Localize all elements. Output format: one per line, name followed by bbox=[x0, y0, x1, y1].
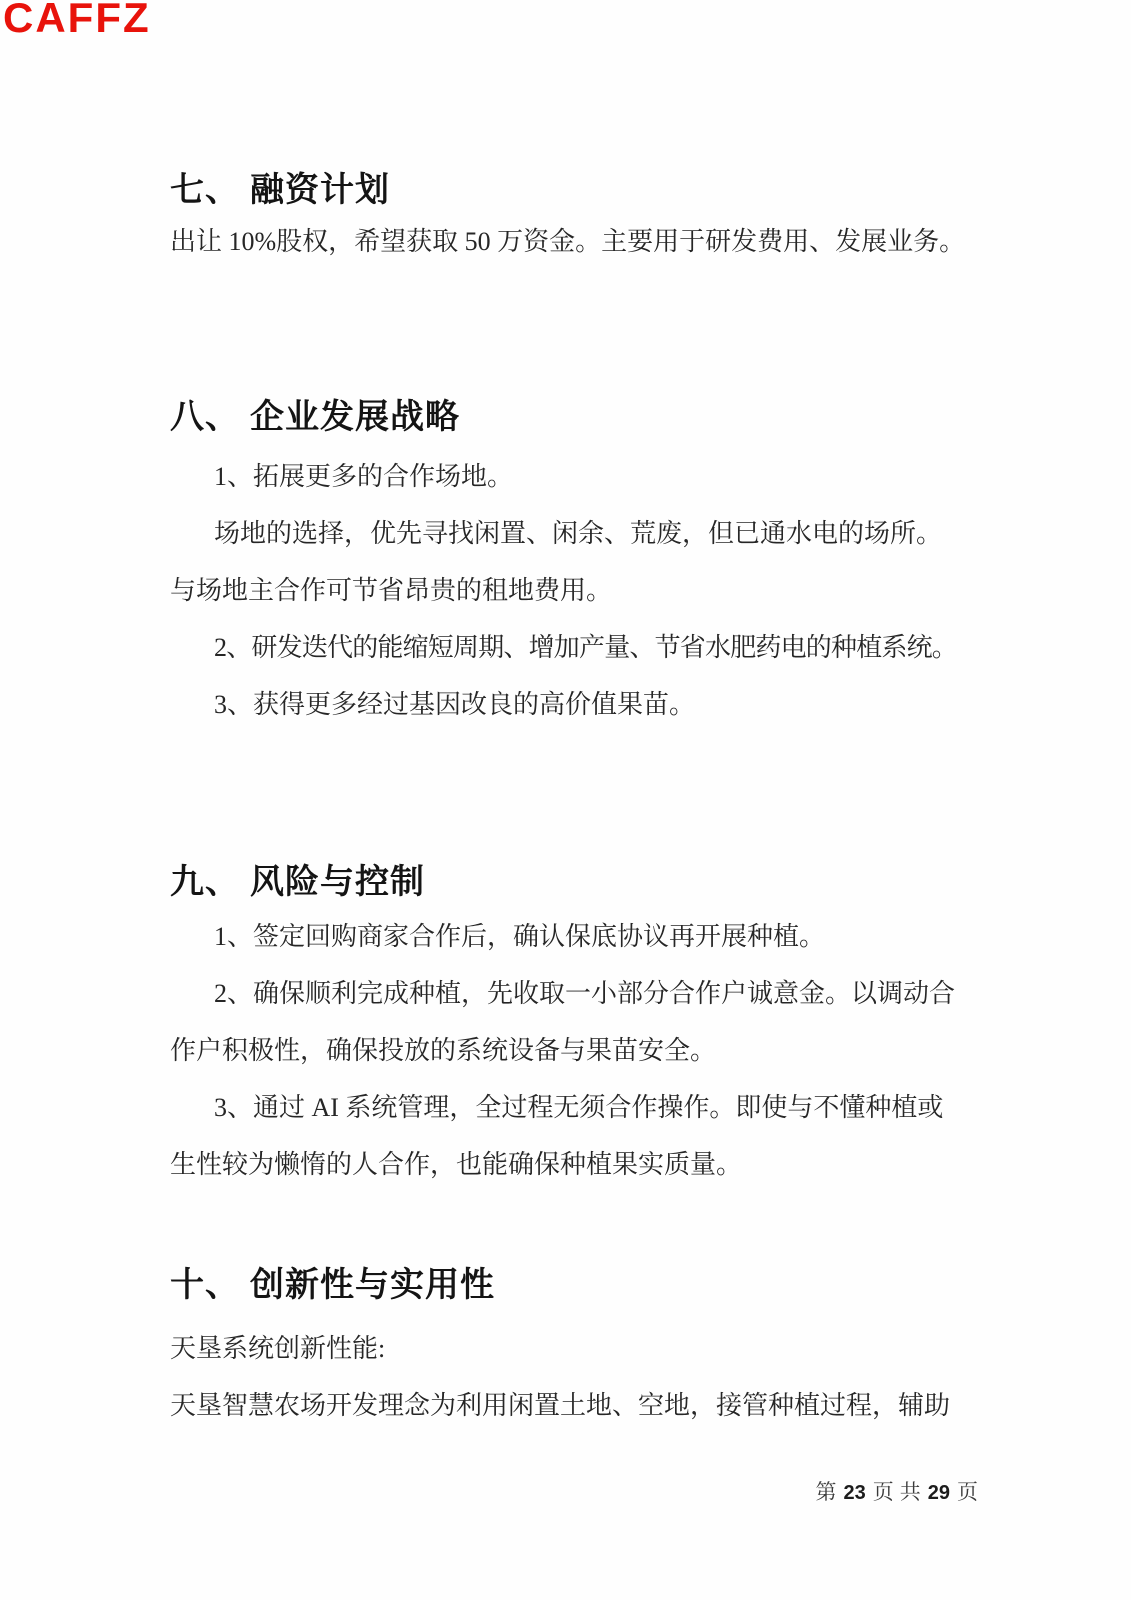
section-number: 十、 bbox=[170, 1267, 240, 1304]
text-line: 1、拓展更多的合作场地。 bbox=[170, 448, 990, 505]
footer-suffix: 页 bbox=[957, 1480, 978, 1504]
section-title: 创新性与实用性 bbox=[250, 1267, 495, 1304]
section-body-risk-control: 1、签定回购商家合作后，确认保底协议再开展种植。 2、确保顺利完成种植，先收取一… bbox=[170, 908, 990, 1193]
text-line: 1、签定回购商家合作后，确认保底协议再开展种植。 bbox=[170, 908, 990, 965]
current-page-number: 23 bbox=[844, 1482, 866, 1504]
section-number: 九、 bbox=[170, 864, 240, 901]
text-line: 与场地主合作可节省昂贵的租地费用。 bbox=[170, 562, 990, 619]
section-heading-financing-plan: 七、融资计划 bbox=[170, 169, 390, 213]
page-footer: 第23页共29页 bbox=[813, 1479, 982, 1506]
text-line: 生性较为懒惰的人合作，也能确保种植果实质量。 bbox=[170, 1136, 990, 1193]
section-heading-innovation-practicality: 十、创新性与实用性 bbox=[170, 1264, 495, 1308]
total-page-number: 29 bbox=[928, 1482, 950, 1504]
section-body-development-strategy: 1、拓展更多的合作场地。 场地的选择，优先寻找闲置、闲余、荒废，但已通水电的场所… bbox=[170, 448, 990, 733]
section-number: 八、 bbox=[170, 399, 240, 436]
footer-prefix: 第 bbox=[816, 1480, 837, 1504]
section-body-innovation-practicality: 天垦系统创新性能: 天垦智慧农场开发理念为利用闲置土地、空地，接管种植过程，辅助 bbox=[170, 1320, 990, 1434]
text-line: 作户积极性，确保投放的系统设备与果苗安全。 bbox=[170, 1022, 990, 1079]
watermark-logo: CAFFZ bbox=[3, 0, 151, 42]
text-line: 2、确保顺利完成种植，先收取一小部分合作户诚意金。以调动合 bbox=[170, 965, 990, 1022]
footer-mid-1: 页 bbox=[873, 1480, 894, 1504]
section-title: 融资计划 bbox=[250, 172, 390, 209]
section-body-financing-plan: 出让 10%股权，希望获取 50 万资金。主要用于研发费用、发展业务。 bbox=[170, 213, 990, 270]
text-line: 场地的选择，优先寻找闲置、闲余、荒废，但已通水电的场所。 bbox=[170, 505, 990, 562]
section-heading-development-strategy: 八、企业发展战略 bbox=[170, 396, 460, 440]
text-line: 2、研发迭代的能缩短周期、增加产量、节省水肥药电的种植系统。 bbox=[170, 619, 990, 676]
text-line: 天垦系统创新性能: bbox=[170, 1320, 990, 1377]
text-line: 3、通过 AI 系统管理，全过程无须合作操作。即使与不懂种植或 bbox=[170, 1079, 990, 1136]
footer-mid-2: 共 bbox=[900, 1480, 921, 1504]
section-title: 企业发展战略 bbox=[250, 399, 460, 436]
section-number: 七、 bbox=[170, 172, 240, 209]
text-line: 天垦智慧农场开发理念为利用闲置土地、空地，接管种植过程，辅助 bbox=[170, 1377, 990, 1434]
text-line: 3、获得更多经过基因改良的高价值果苗。 bbox=[170, 676, 990, 733]
section-heading-risk-control: 九、风险与控制 bbox=[170, 861, 425, 905]
document-page: CAFFZ 七、融资计划 出让 10%股权，希望获取 50 万资金。主要用于研发… bbox=[0, 0, 1131, 1600]
text-line: 出让 10%股权，希望获取 50 万资金。主要用于研发费用、发展业务。 bbox=[170, 213, 990, 270]
section-title: 风险与控制 bbox=[250, 864, 425, 901]
